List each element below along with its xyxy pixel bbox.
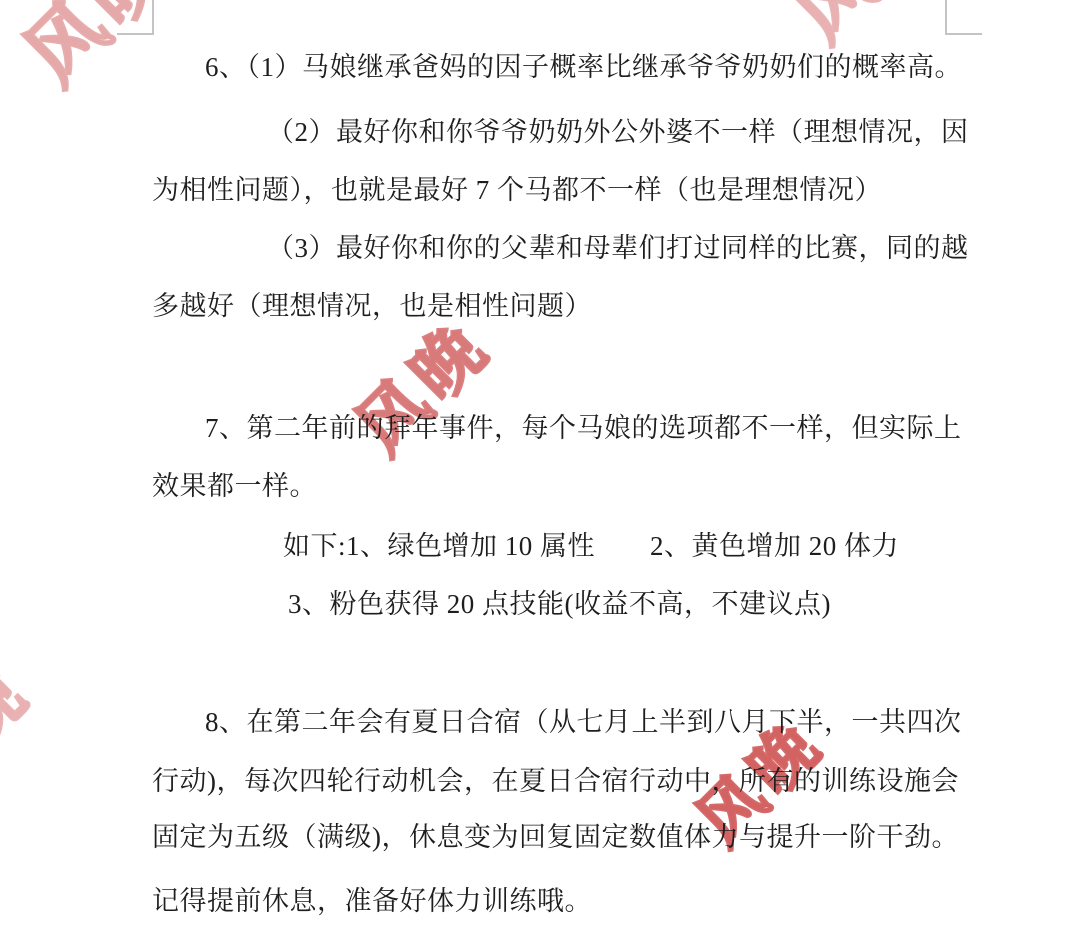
document-page: 风晚 风晚 风晚 风晚 风晚 6、（1）马娘继承爸妈的因子概率比继承爷爷奶奶们的… bbox=[0, 0, 1080, 949]
text-line: 为相性问题），也就是最好 7 个马都不一样（也是理想情况） bbox=[152, 175, 882, 205]
text-line: （2）最好你和你爷爷奶奶外公外婆不一样（理想情况，因 bbox=[267, 117, 969, 147]
watermark: 风晚 bbox=[764, 0, 960, 60]
text-boundary-mark-top-right-horizontal bbox=[945, 33, 982, 35]
text-line: 7、第二年前的拜年事件，每个马娘的选项都不一样，但实际上 bbox=[205, 413, 962, 443]
text-line: 固定为五级（满级)，休息变为回复固定数值体力与提升一阶干劲。 bbox=[152, 822, 959, 852]
watermark: 风晚 bbox=[332, 295, 508, 471]
text-line: 8、在第二年会有夏日合宿（从七月上半到八月下半，一共四次 bbox=[205, 707, 962, 737]
watermark: 风晚 bbox=[0, 0, 193, 103]
text-line: （3）最好你和你的父辈和母辈们打过同样的比赛，同的越 bbox=[267, 233, 969, 263]
text-line: 行动)，每次四轮行动机会，在夏日合宿行动中，所有的训练设施会 bbox=[152, 766, 959, 796]
text-boundary-mark-top-left-vertical bbox=[152, 0, 154, 34]
text-line: 记得提前休息，准备好体力训练哦。 bbox=[152, 886, 592, 916]
text-line: 6、（1）马娘继承爸妈的因子概率比继承爷爷奶奶们的概率高。 bbox=[205, 52, 962, 82]
text-boundary-mark-top-left-horizontal bbox=[117, 33, 154, 35]
text-line: 效果都一样。 bbox=[152, 471, 317, 501]
text-line: 多越好（理想情况，也是相性问题） bbox=[152, 291, 592, 321]
watermark: 风晚 bbox=[0, 637, 48, 824]
text-line: 3、粉色获得 20 点技能(收益不高，不建议点) bbox=[288, 589, 831, 619]
text-line: 如下:1、绿色增加 10 属性 2、黄色增加 20 体力 bbox=[283, 531, 899, 561]
text-boundary-mark-top-right-vertical bbox=[945, 0, 947, 34]
